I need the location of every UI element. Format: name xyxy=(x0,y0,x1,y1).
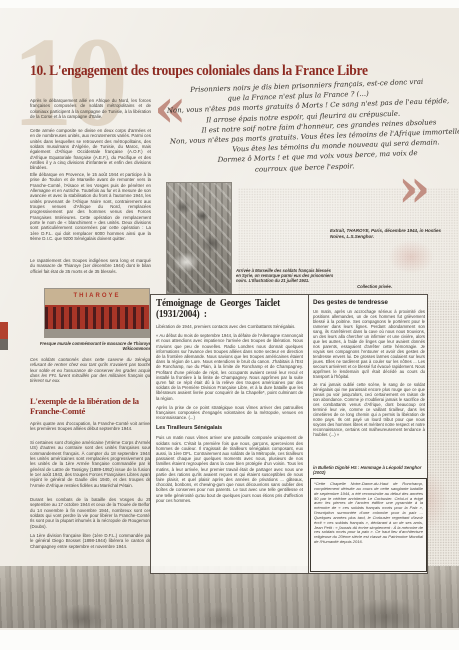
testimony-paragraph-2: Après la prise de ce point stratégique n… xyxy=(156,405,303,421)
page-edge-photo-fragment xyxy=(0,322,8,350)
tenderness-paragraph-2: Je n'ai jamais oublié cette scène, le sa… xyxy=(313,382,425,437)
tenderness-title: Des gestes de tendresse xyxy=(313,299,425,306)
thiaroye-note: Ces soldats cantonnés dans cette caserne… xyxy=(30,357,151,384)
magazine-page: 10 10. L'engagement des troupes colonial… xyxy=(0,0,459,650)
occupation-paragraph: Après quatre ans d'occupation, la Franch… xyxy=(30,421,151,432)
column-divider xyxy=(308,294,309,574)
section-title-franche-comte: L'exemple de la libération de la Franche… xyxy=(30,397,151,416)
testimony-paragraph-1: « Au début du mois de septembre 1944, la… xyxy=(156,333,303,401)
page-top-margin xyxy=(0,0,459,8)
testimony-column: Témoignage de Georges Taiclet (1931/2004… xyxy=(156,298,303,503)
testimony-intro: Libération de 1944, premiers contacts av… xyxy=(156,324,303,329)
scan-stain xyxy=(388,240,434,274)
close-guillemet-icon: » xyxy=(398,176,431,202)
testimony-paragraph-3: Puis un matin nous vîmes arriver une pat… xyxy=(156,435,303,503)
army-composition-paragraph: Cette armée composite se divise en deux … xyxy=(30,128,151,171)
poem-citation: Extrait, THAROYE, Paris, décembre 1944, … xyxy=(330,228,448,239)
mural-caption: Fresque murale commémorant le massacre d… xyxy=(38,341,152,351)
bottom-forest-photo xyxy=(0,566,459,628)
page-title: 10. L'engagement des troupes coloniales … xyxy=(30,64,408,80)
testimony-title: Témoignage de Georges Taiclet (1931/2004… xyxy=(156,298,291,320)
chapelle-footnote: *Cette Chapelle Notre-Dame-du-Haut de Ro… xyxy=(310,478,427,572)
tirailleurs-subheading: Les Tirailleurs Sénégalais xyxy=(156,425,303,431)
watermark-number: 10 xyxy=(12,18,122,146)
mural-caption-credit: Wikicommons. xyxy=(122,346,152,351)
halftone-texture xyxy=(424,300,459,572)
page-bottom-margin xyxy=(0,630,459,650)
bulletin-citation: in Bulletin Dignité HS : Hommage à Léopo… xyxy=(313,465,425,475)
tenderness-column: Des gestes de tendresse Un matin, après … xyxy=(313,299,425,437)
tenderness-paragraph-1: Un matin, après un accrochage sérieux à … xyxy=(313,309,425,379)
mural-lettering: THIAROYE xyxy=(45,293,149,299)
vosges-battle-paragraph: Durant les combats de la bataille des Vo… xyxy=(30,497,151,529)
thiaroye-mural-photo: THIAROYE xyxy=(44,288,150,338)
marseille-photo-credit: Collection privée. xyxy=(322,284,392,289)
intro-paragraph: Après le débarquement allié en Afrique d… xyxy=(30,98,151,119)
first-army-paragraph: Si certaines sont d'origine américaine (… xyxy=(30,440,151,488)
dfl-paragraph: La 1ère division française libre (1ère D… xyxy=(30,533,151,549)
provence-landing-paragraph: Elle débarque en Provence, le 15 août 19… xyxy=(30,172,151,241)
marseille-soldiers-photo xyxy=(166,182,232,294)
marseille-photo-caption: Arrivée à Marseille des soldats français… xyxy=(236,268,334,284)
repatriation-paragraph: Le rapatriement des troupes indigènes se… xyxy=(30,258,151,274)
